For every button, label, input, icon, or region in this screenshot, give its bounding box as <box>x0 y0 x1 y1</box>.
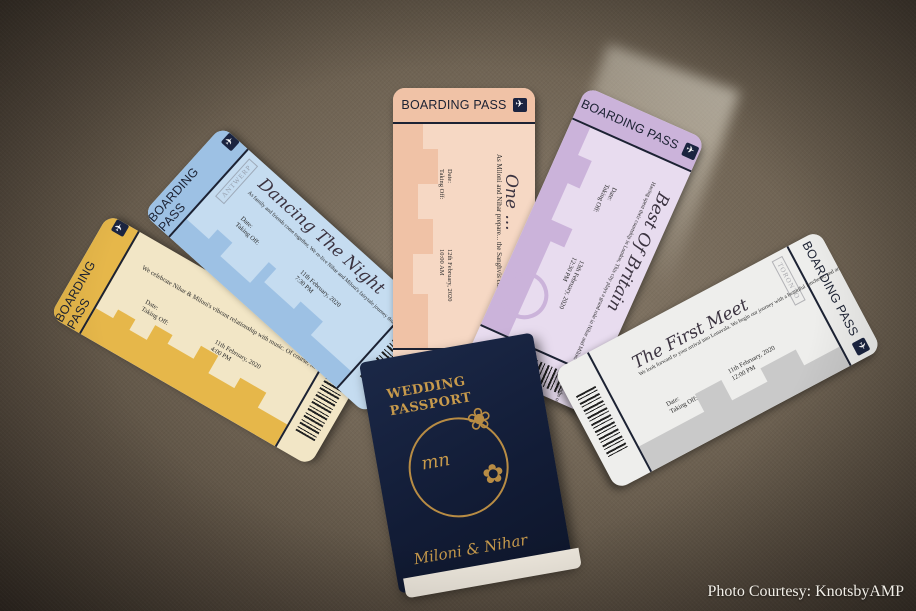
airplane-icon: ✈ <box>681 142 699 160</box>
airplane-icon: ✈ <box>111 219 130 237</box>
photo-credit: Photo Courtesy: KnotsbyAMP <box>708 583 904 601</box>
city-skyline <box>393 124 448 348</box>
card-title: The First Meet <box>629 295 752 373</box>
airplane-icon: ✈ <box>221 132 240 151</box>
card-header-label: BOARDING PASS <box>401 98 506 112</box>
airplane-icon: ✈ <box>852 337 871 356</box>
card-header: BOARDING PASS ✈ <box>393 88 535 124</box>
card-title: One ... <box>501 174 521 231</box>
date-value: 12th February, 202010:00 AM <box>437 249 453 301</box>
passport-title: WEDDINGPASSPORT <box>386 372 473 420</box>
date-label: Date:Taking Off: <box>437 169 453 199</box>
floral-ornament-icon: ❀ <box>464 403 494 437</box>
airplane-icon: ✈ <box>513 98 527 112</box>
